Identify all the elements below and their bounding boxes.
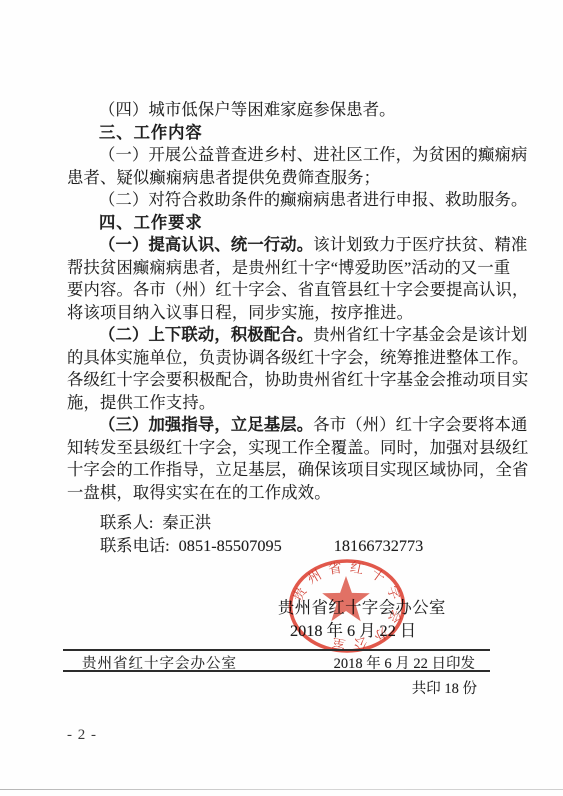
text-line: （四）城市低保户等困难家庭参保患者。 — [67, 99, 503, 122]
contact-block: 联系人:秦正洪 联系电话:0851-8550709518166732773 — [100, 512, 423, 557]
text-line: （三）加强指导，立足基层。各市（州）红十字会要将本通 — [67, 414, 503, 437]
text-line: 将该项目纳入议事日程，同步实施，按序推进。 — [67, 302, 503, 325]
text-line: 的具体实施单位，负责协调各级红十字会，统筹推进整体工作。 — [67, 347, 503, 370]
text-line: 施，提供工作支持。 — [67, 392, 503, 415]
section-heading: 三、工作内容 — [67, 122, 503, 145]
text-line: 十字会的工作指导，立足基层，确保该项目实现区域协同，全省 — [67, 459, 503, 482]
contact-person: 联系人:秦正洪 — [100, 512, 423, 535]
footer-copies: 共印 18 份 — [412, 677, 477, 698]
section-heading: 四、工作要求 — [67, 212, 503, 235]
text-line: （一）开展公益普查进乡村、进社区工作，为贫困的癫痫病 — [67, 144, 503, 167]
text-line: 要内容。各市（州）红十字会、省直管县红十字会要提高认识， — [67, 279, 503, 302]
footer-divider-top — [63, 649, 490, 651]
text-line: （二）对符合救助条件的癫痫病患者进行申报、救助服务。 — [67, 189, 503, 212]
text-line: 帮扶贫困癫痫病患者，是贵州红十字“博爱助医”活动的又一重 — [67, 257, 503, 280]
text-line: 各级红十字会要积极配合，协助贵州省红十字基金会推动项目实 — [67, 369, 503, 392]
text-line: （二）上下联动，积极配合。贵州省红十字基金会是该计划 — [67, 324, 503, 347]
text-line: （一）提高认识、统一行动。该计划致力于医疗扶贫、精准 — [67, 234, 503, 257]
text-line: 一盘棋，取得实实在在的工作成效。 — [67, 482, 503, 505]
scan-artifact-line — [0, 789, 563, 790]
signature-org: 贵州省红十字会办公室 — [278, 594, 446, 618]
page-number: - 2 - — [67, 727, 97, 744]
footer-divider-bottom — [63, 670, 490, 672]
document-body: （四）城市低保户等困难家庭参保患者。 三、工作内容 （一）开展公益普查进乡村、进… — [67, 99, 503, 504]
contact-phone: 联系电话:0851-8550709518166732773 — [100, 535, 423, 558]
scanned-document-page: （四）城市低保户等困难家庭参保患者。 三、工作内容 （一）开展公益普查进乡村、进… — [0, 0, 563, 796]
text-line: 患者、疑似癫痫病患者提供免费筛查服务； — [67, 167, 503, 190]
text-line: 知转发至县级红十字会，实现工作全覆盖。同时，加强对县级红 — [67, 437, 503, 460]
signature-date: 2018 年 6 月 22 日 — [290, 617, 416, 641]
